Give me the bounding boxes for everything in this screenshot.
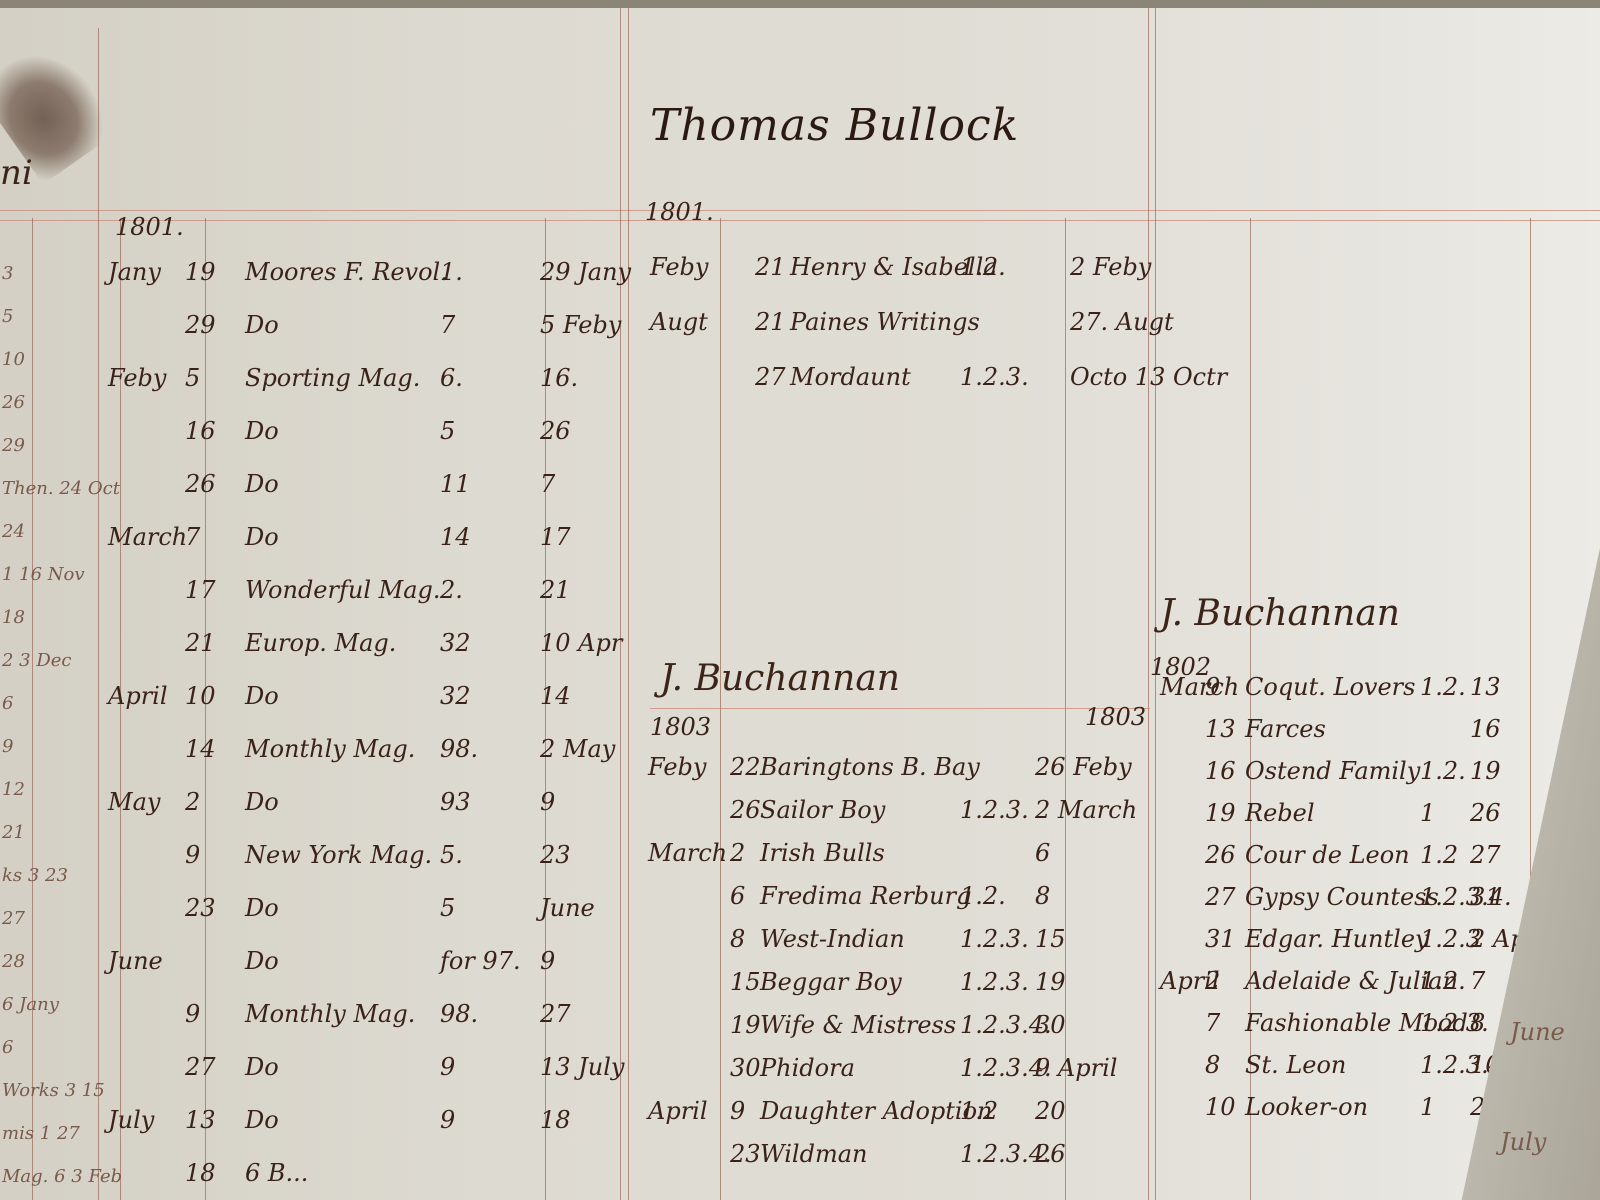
entry-day: 5 [185,364,200,392]
entry-volume: 1.2 [1420,841,1458,869]
entry-returned: 9 [540,788,555,816]
entry-day: 27 [755,363,786,391]
entry-month: Augt [650,308,708,336]
entry-title: Beggar Boy [760,968,902,996]
entry-volume: 1 [1420,1093,1435,1121]
entry-returned: 29 Jany [540,258,631,286]
entry-returned: Octo 13 Octr [1070,363,1227,391]
margin-entry: Mag. 6 3 Feb [2,1166,122,1187]
entry-day: 6 [730,882,745,910]
entry-volume: 5. [440,841,463,869]
entry-day: 18 [185,1159,216,1187]
entry-volume: 1.2. [960,253,1006,281]
entry-returned: 13 July [540,1053,624,1081]
entry-title: Do [245,311,279,339]
entry-day: 8 [730,925,745,953]
entry-day: 10 [185,682,216,710]
entry-day: 8 [1205,1051,1220,1079]
entry-title: Do [245,417,279,445]
entry-day: 15 [730,968,761,996]
entry-returned: 26 [1470,799,1501,827]
entry-month: July [108,1106,154,1134]
entry-title: Do [245,470,279,498]
entry-volume: for 97. [440,947,521,975]
margin-entry: 2 3 Dec [2,650,72,671]
entry-volume: 2. [440,576,463,604]
entry-title: Do [245,788,279,816]
entry-title: Paines Writings [790,308,980,336]
entry-returned: 31 [1470,883,1501,911]
entry-volume: 32 [440,629,471,657]
year-label: 1801. [115,213,184,241]
entry-returned: 19 [1035,968,1066,996]
entry-title: Do [245,894,279,922]
entry-day: 2 [1205,967,1220,995]
entry-volume: 1.2. [960,882,1006,910]
entry-volume: 1. [440,258,463,286]
margin-entry: 6 Jany [2,994,59,1015]
margin-entry: Works 3 15 [2,1080,105,1101]
entry-title: Moores F. Revol. [245,258,448,286]
entry-day: 29 [185,311,216,339]
entry-day: 19 [730,1011,761,1039]
entry-returned: 15 [1035,925,1066,953]
entry-day: 7 [1205,1009,1220,1037]
margin-entry: 5 [2,306,13,327]
entry-title: Coqut. Lovers [1245,673,1415,701]
entry-returned: 20 [1035,1097,1066,1125]
entry-title: Monthly Mag. [245,1000,415,1028]
entry-day: 2 [185,788,200,816]
entry-day: 31 [1205,925,1236,953]
margin-entry: 21 [2,822,25,843]
entry-title: Gypsy Countess [1245,883,1439,911]
entry-volume: 1.2.3. [960,796,1029,824]
entry-returned: 19 [1470,757,1501,785]
entry-day: 10 [1205,1093,1236,1121]
entry-title: Sporting Mag. [245,364,420,392]
entry-returned: 7 [540,470,555,498]
entry-day: 30 [730,1054,761,1082]
entry-title: Do [245,523,279,551]
entry-title: Rebel [1245,799,1315,827]
entry-title: Looker-on [1245,1093,1368,1121]
entry-day: 26 [730,796,761,824]
entry-returned: 10 Apr [540,629,622,657]
margin-fragment: ni [0,153,33,193]
entry-title: Irish Bulls [760,839,885,867]
entry-title: St. Leon [1245,1051,1346,1079]
margin-entry: 10 [2,349,25,370]
entry-day: 14 [185,735,216,763]
entry-returned: 26 [1035,1140,1066,1168]
entry-title: Sailor Boy [760,796,885,824]
entry-returned: 6 [1035,839,1050,867]
entry-returned: 26 [540,417,571,445]
entry-volume: 98. [440,735,478,763]
entry-volume: 1.2. [1420,673,1466,701]
entry-returned: 27. Augt [1070,308,1174,336]
margin-entry: 6 [2,693,13,714]
entry-month: Feby [648,753,706,781]
margin-entry: 28 [2,951,25,972]
ledger-page: ni Thomas Bullock 1801. Jany19Moores F. … [0,8,1600,1200]
entry-volume: 1 [1420,799,1435,827]
entry-returned: 8 [1035,882,1050,910]
entry-day: 27 [1205,883,1236,911]
entry-day: 21 [755,253,786,281]
entry-returned: 26 Feby [1035,753,1132,781]
margin-entry: 12 [2,779,25,800]
entry-title: Wife & Mistress [760,1011,956,1039]
entry-volume: 1.2.3. [960,925,1029,953]
margin-entry: 1 16 Nov [2,564,85,585]
entry-volume: 5 [440,894,455,922]
entry-title: Wildman [760,1140,867,1168]
entry-title: New York Mag. [245,841,432,869]
entry-returned: 14 [540,682,571,710]
entry-day: 7 [185,523,200,551]
entry-volume: 9 [440,1053,455,1081]
entry-returned: 13 [1470,673,1501,701]
entry-day: 26 [185,470,216,498]
entry-returned: 9 [540,947,555,975]
entry-day: 17 [185,576,216,604]
entry-returned: 2 May [540,735,615,763]
entry-day: 2 [730,839,745,867]
entry-day: 19 [185,258,216,286]
entry-title: Do [245,682,279,710]
entry-volume: 5 [440,417,455,445]
entry-volume: 6. [440,364,463,392]
entry-title: Ostend Family [1245,757,1420,785]
margin-entry: 18 [2,607,25,628]
entry-volume: 14 [440,523,471,551]
entry-returned: 30 [1035,1011,1066,1039]
entry-returned: 9 April [1035,1054,1117,1082]
entry-title: Wonderful Mag. [245,576,441,604]
entry-volume: 1.2. [1420,757,1466,785]
margin-entry: ks 3 23 [2,865,68,886]
account-heading: J. Buchannan [660,658,900,699]
entry-returned: 18 [540,1106,571,1134]
margin-entry: 24 [2,521,25,542]
margin-entry: mis 1 27 [2,1123,80,1144]
entry-returned: 27 [1470,841,1501,869]
entry-title: 6 B... [245,1159,308,1187]
entry-day: 13 [185,1106,216,1134]
entry-volume: 93 [440,788,471,816]
entry-title: Edgar. Huntley [1245,925,1429,953]
entry-returned: 2 March [1035,796,1137,824]
account-heading: Thomas Bullock [650,100,1019,151]
entry-month: Jany [108,258,161,286]
account-heading: J. Buchannan [1160,593,1400,634]
entry-title: Europ. Mag. [245,629,396,657]
entry-month: Feby [108,364,166,392]
year-label: 1801. [645,198,714,226]
entry-month: May [108,788,160,816]
entry-volume: 32 [440,682,471,710]
year-label: 1803 [650,713,711,741]
entry-day: 21 [755,308,786,336]
entry-volume: 98. [440,1000,478,1028]
entry-volume: 7 [440,311,455,339]
entry-month: Feby [650,253,708,281]
entry-day: 26 [1205,841,1236,869]
margin-entry: Then. 24 Oct [2,478,120,499]
entry-title: Do [245,1053,279,1081]
entry-day: 16 [1205,757,1236,785]
entry-returned: 21 [540,576,571,604]
entry-returned: June [540,894,595,922]
entry-returned: 23 [540,841,571,869]
entry-returned: 8 [1470,1009,1485,1037]
entry-day: 13 [1205,715,1236,743]
margin-entry: 6 [2,1037,13,1058]
entry-returned: 17 [540,523,571,551]
entry-returned: 16. [540,364,578,392]
entry-title: Farces [1245,715,1326,743]
entry-title: Cour de Leon [1245,841,1410,869]
entry-day: 21 [185,629,216,657]
entry-title: Phidora [760,1054,855,1082]
entry-title: Baringtons B. Bay [760,753,980,781]
entry-title: Monthly Mag. [245,735,415,763]
entry-returned: 16 [1470,715,1501,743]
entry-volume: 1.2. [1420,967,1466,995]
entry-month: June [108,947,163,975]
entry-returned: 7 [1470,967,1485,995]
next-page-fragment: July [1500,1128,1546,1156]
entry-day: 19 [1205,799,1236,827]
entry-title: Do [245,947,279,975]
entry-title: West-Indian [760,925,905,953]
entry-day: 9 [185,841,200,869]
entry-day: 23 [730,1140,761,1168]
entry-volume: 11 [440,470,471,498]
margin-entry: 27 [2,908,25,929]
margin-entry: 29 [2,435,25,456]
entry-month: April [648,1097,708,1125]
entry-volume: 1.2.3. [960,968,1029,996]
entry-day: 9 [185,1000,200,1028]
entry-title: Do [245,1106,279,1134]
entry-returned: 5 Feby [540,311,621,339]
entry-volume: 9 [440,1106,455,1134]
margin-entry: 26 [2,392,25,413]
entry-day: 9 [730,1097,745,1125]
entry-day: 23 [185,894,216,922]
entry-volume: 1.2.3. [960,363,1029,391]
entry-month: March [1160,673,1239,701]
entry-day: 16 [185,417,216,445]
entry-month: April [108,682,168,710]
entry-title: Fredima Rerburg [760,882,971,910]
entry-title: Mordaunt [790,363,911,391]
next-page-fragment: June [1510,1018,1565,1046]
entry-title: Daughter Adoption [760,1097,993,1125]
entry-returned: 27 [540,1000,571,1028]
entry-month: March [108,523,187,551]
entry-day: 27 [185,1053,216,1081]
year-label: 1803 [1085,703,1146,731]
entry-returned: 2 Feby [1070,253,1151,281]
margin-entry: 9 [2,736,13,757]
entry-day: 22 [730,753,761,781]
entry-month: March [648,839,727,867]
margin-entry: 3 [2,263,13,284]
entry-volume: 1.2 [960,1097,998,1125]
entry-day: 9 [1205,673,1220,701]
